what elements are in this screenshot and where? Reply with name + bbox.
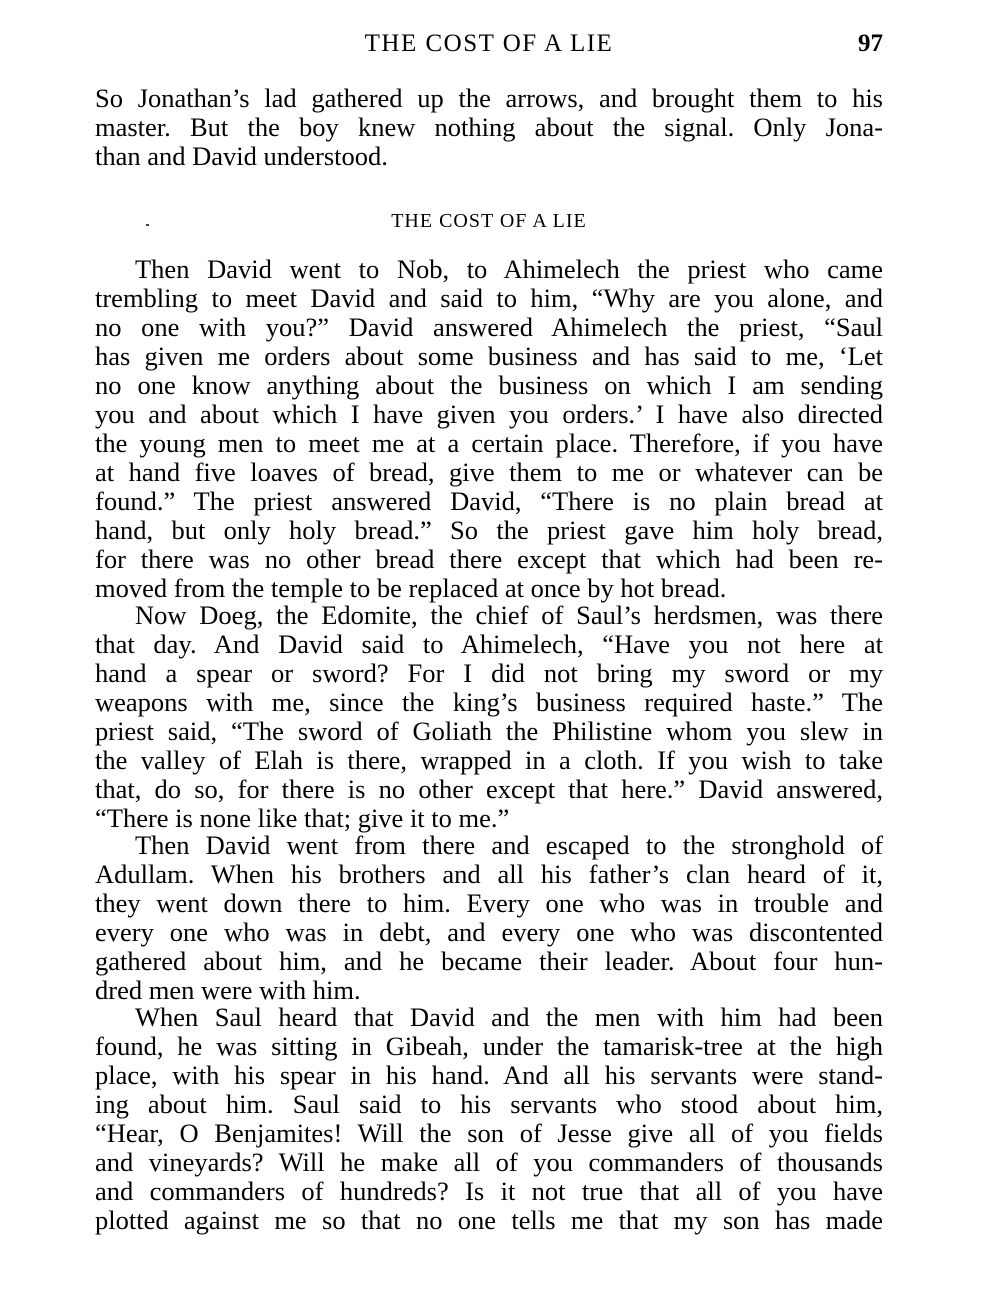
text-line: for there was no other bread there excep… [95,545,883,574]
text-line: hand, but only holy bread.” So the pries… [95,516,883,545]
text-line: that, do so, for there is no other excep… [95,775,883,804]
text-line: dred men were with him. [95,976,883,1005]
text-line: place, with his spear in his hand. And a… [95,1061,883,1090]
text-line: “There is none like that; give it to me.… [95,804,883,833]
text-line: than and David understood. [95,142,883,171]
text-line: plotted against me so that no one tells … [95,1206,883,1235]
text-line: ing about him. Saul said to his servants… [95,1090,883,1119]
text-line: found.” The priest answered David, “Ther… [95,487,883,516]
paragraph-4: When Saul heard that David and the men w… [95,1003,883,1235]
text-line: “Hear, O Benjamites! Will the son of Jes… [95,1119,883,1148]
text-line: Adullam. When his brothers and all his f… [95,860,883,889]
paragraph-2: Now Doeg, the Edomite, the chief of Saul… [95,601,883,833]
running-head: THE COST OF A LIE 97 [95,28,883,64]
text-line: Then David went to Nob, to Ahimelech the… [95,255,883,284]
intro-paragraph: So Jonathan’s lad gathered up the arrows… [95,84,883,171]
text-line: the young men to meet me at a certain pl… [95,429,883,458]
text-line: weapons with me, since the king’s busine… [95,688,883,717]
text-line: no one with you?” David answered Ahimele… [95,313,883,342]
page-number: 97 [858,30,883,58]
text-line: hand a spear or sword? For I did not bri… [95,659,883,688]
section-heading: THE COST OF A LIE [95,210,883,233]
text-line: When Saul heard that David and the men w… [95,1003,883,1032]
text-line: and commanders of hundreds? Is it not tr… [95,1177,883,1206]
text-line: moved from the temple to be replaced at … [95,574,883,603]
text-line: Then David went from there and escaped t… [95,831,883,860]
text-line: gathered about him, and he became their … [95,947,883,976]
text-line: every one who was in debt, and every one… [95,918,883,947]
text-line: has given me orders about some business … [95,342,883,371]
text-line: So Jonathan’s lad gathered up the arrows… [95,84,883,113]
text-line: master. But the boy knew nothing about t… [95,113,883,142]
text-line: Now Doeg, the Edomite, the chief of Saul… [95,601,883,630]
running-head-title: THE COST OF A LIE [95,30,883,58]
text-line: found, he was sitting in Gibeah, under t… [95,1032,883,1061]
text-line: no one know anything about the business … [95,371,883,400]
text-line: priest said, “The sword of Goliath the P… [95,717,883,746]
paragraph-3: Then David went from there and escaped t… [95,831,883,1005]
text-line: trembling to meet David and said to him,… [95,284,883,313]
text-line: you and about which I have given you ord… [95,400,883,429]
text-line: the valley of Elah is there, wrapped in … [95,746,883,775]
text-line: and vineyards? Will he make all of you c… [95,1148,883,1177]
text-line: at hand five loaves of bread, give them … [95,458,883,487]
text-line: that day. And David said to Ahimelech, “… [95,630,883,659]
paragraph-1: Then David went to Nob, to Ahimelech the… [95,255,883,603]
text-line: they went down there to him. Every one w… [95,889,883,918]
